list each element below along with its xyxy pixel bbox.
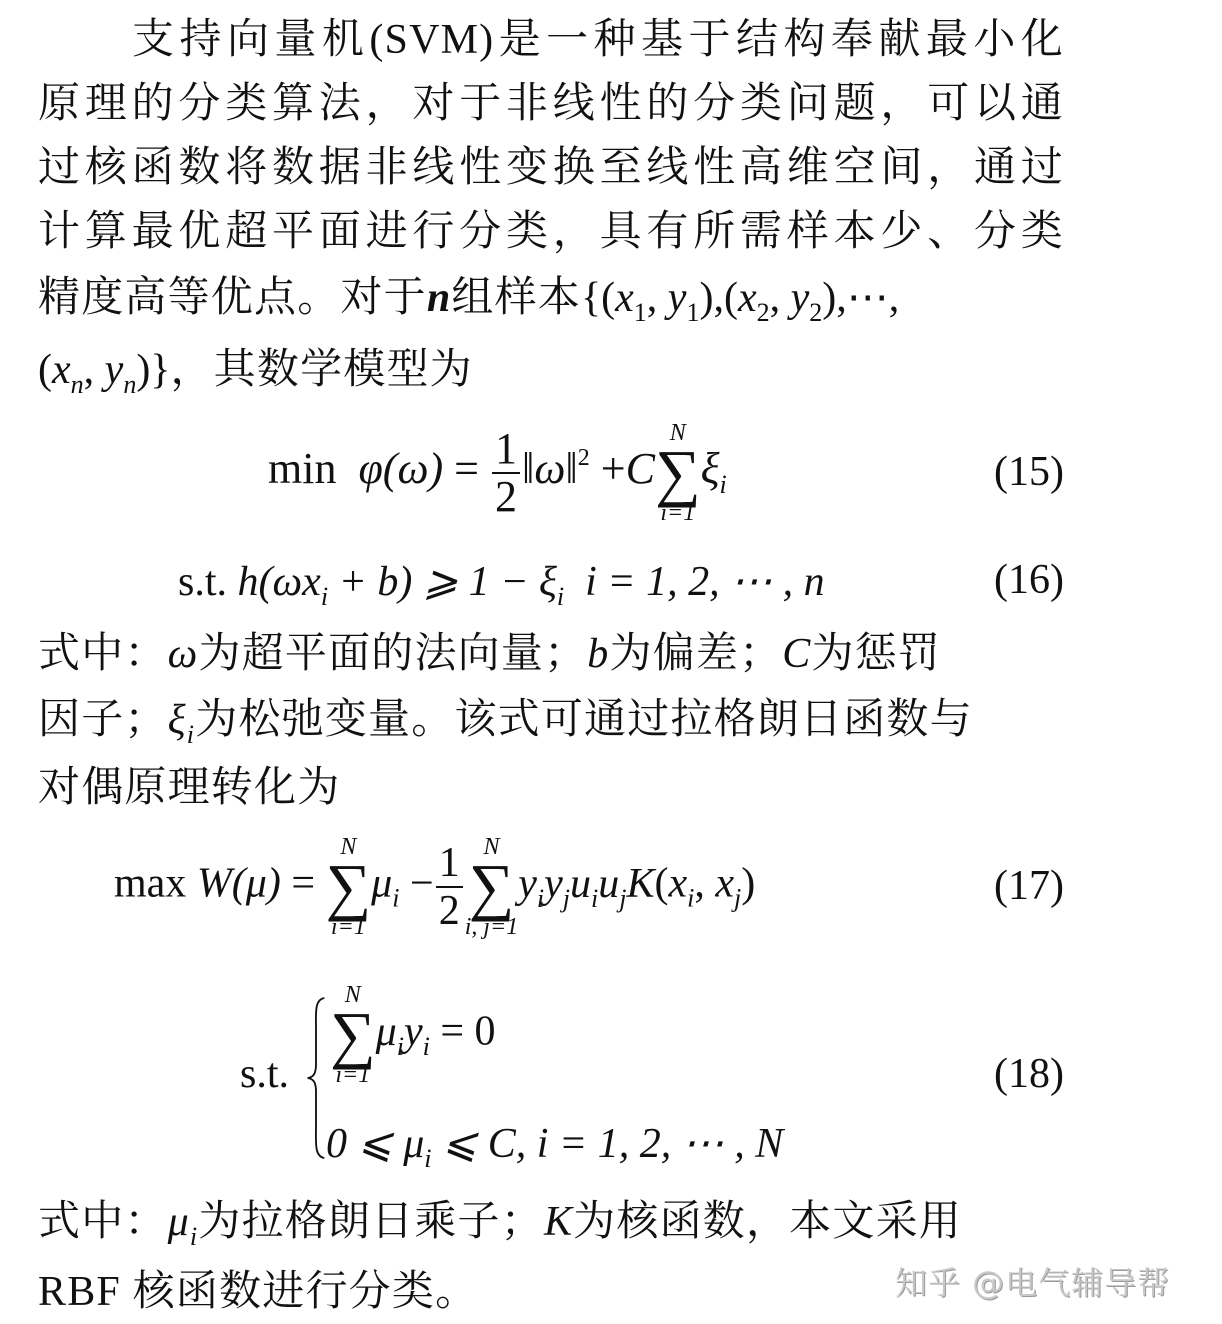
frac-denominator: 2 xyxy=(436,888,463,934)
eq18-row-2: 0 ⩽ μi ⩽ C, i = 1, 2, ⋯ , N xyxy=(326,1118,783,1168)
var-xi: ξ xyxy=(168,697,187,743)
eq15-fraction: 12 xyxy=(492,426,520,520)
equation-number-15: (15) xyxy=(994,448,1064,496)
eq18-row2-tail: ⩽ C, i = 1, 2, ⋯ , N xyxy=(432,1121,784,1167)
var-omega: ω xyxy=(168,631,199,677)
var-C: C xyxy=(782,631,811,677)
paragraph3-line-1: 式中：μi为拉格朗日乘子；K为核函数，本文采用 xyxy=(38,1192,1064,1252)
var-b: b xyxy=(587,631,609,677)
var-K: K xyxy=(544,1199,573,1245)
paragraph2-line-1: 式中：ω为超平面的法向量；b为偏差；C为惩罚 xyxy=(38,624,1064,684)
paragraph-line-3: 过核函数将数据非线性变换至线性高维空间，通过 xyxy=(38,138,1064,198)
var-xi-sub: i xyxy=(187,720,195,749)
watermark: 知乎 @电气辅导帮 xyxy=(895,1258,1170,1304)
eq17-func: W(μ) xyxy=(197,861,281,907)
sum-lower: i=1 xyxy=(330,1062,376,1088)
eq17-term1: μ xyxy=(371,861,392,907)
eq16-h: h xyxy=(238,559,259,605)
eq15-exponent: 2 xyxy=(578,445,590,471)
frac-numerator: 1 xyxy=(436,840,463,888)
eq17-minus: − xyxy=(410,861,434,907)
eq15-norm: ‖ω‖ xyxy=(522,444,578,493)
sum-lower: i, j=1 xyxy=(465,914,519,940)
text-segment: 为超平面的法向量； xyxy=(198,631,587,677)
equation-17: max W(μ) = N∑i=1μi −12N∑i, j=1yiyjuiujK(… xyxy=(114,834,755,940)
paragraph-line-1: 支持向量机(SVM)是一种基于结构奉献最小化 xyxy=(38,10,1064,70)
text-segment: 为偏差； xyxy=(609,631,782,677)
sum-lower: i=1 xyxy=(326,914,372,940)
summation-icon: N∑i=1 xyxy=(655,420,701,526)
eq16-range: i = 1, 2, ⋯ , n xyxy=(585,559,825,605)
eq15-plus: + xyxy=(601,444,626,493)
eq15-coef: C xyxy=(626,444,655,493)
paragraph-line-4: 计算最优超平面进行分类，具有所需样本少、分类 xyxy=(38,202,1064,262)
text-segment: 为松弛变量。该式可通过拉格朗日函数与 xyxy=(195,697,973,743)
eq18-row-1: N∑i=1μiyi = 0 xyxy=(330,982,496,1088)
equation-15: min φ(ω) = 12‖ω‖2 +CN∑i=1ξi xyxy=(268,420,727,526)
eq15-lhs: min xyxy=(268,444,336,493)
eq16-prefix: s.t. xyxy=(178,559,227,605)
text-segment: 因子； xyxy=(38,697,168,743)
eq15-equals: = xyxy=(454,444,479,493)
var-n: n xyxy=(427,275,452,321)
eq15-func: φ(ω) xyxy=(358,444,443,493)
summation-icon: N∑i=1 xyxy=(326,834,372,940)
eq17-lhs: max xyxy=(114,861,186,907)
var-mu: μ xyxy=(168,1199,190,1245)
eq17-equals: = xyxy=(291,861,315,907)
eq16-close: + b) ⩾ 1 − ξ xyxy=(328,559,557,605)
eq16-xi-sub: i xyxy=(557,582,564,611)
eq18-row1-term: μiyi xyxy=(376,1009,430,1055)
paragraph-line-6: (xn, yn)}，其数学模型为 xyxy=(38,340,1064,400)
frac-denominator: 2 xyxy=(492,474,520,520)
text-segment: 为核函数，本文采用 xyxy=(573,1199,962,1245)
text-segment: 为惩罚 xyxy=(812,631,942,677)
text-segment: 组样本 xyxy=(451,275,581,321)
eq15-term-sub: i xyxy=(719,470,726,499)
sample-set-tail: (xn, yn)} xyxy=(38,347,170,393)
left-brace-icon xyxy=(306,980,326,1176)
eq18-row2-sub: i xyxy=(424,1144,431,1173)
eq17-product: yiyjuiujK xyxy=(518,861,654,907)
eq17-fraction: 12 xyxy=(436,840,463,934)
eq18-row2-head: 0 ⩽ μ xyxy=(326,1121,424,1167)
frac-numerator: 1 xyxy=(492,426,520,474)
paragraph2-line-3: 对偶原理转化为 xyxy=(38,758,1064,818)
eq16-open: (ωx xyxy=(259,559,321,605)
text-segment: 为拉格朗日乘子； xyxy=(198,1199,544,1245)
sample-set-expression: {(x1, y1),(x2, y2),⋯, xyxy=(581,275,899,321)
summation-icon: N∑i=1 xyxy=(330,982,376,1088)
text-segment: 式中： xyxy=(38,631,168,677)
eq18-row1-rhs: = 0 xyxy=(440,1009,495,1055)
sum-lower: i=1 xyxy=(655,500,701,526)
equation-16: s.t. h(ωxi + b) ⩾ 1 − ξi i = 1, 2, ⋯ , n xyxy=(178,556,825,606)
equation-number-18: (18) xyxy=(994,1050,1064,1098)
eq16-sub: i xyxy=(321,582,328,611)
paragraph2-line-2: 因子；ξi为松弛变量。该式可通过拉格朗日函数与 xyxy=(38,690,1064,750)
paragraph-line-5: 精度高等优点。对于n组样本{(x1, y1),(x2, y2),⋯, xyxy=(38,268,1064,328)
text-segment: 精度高等优点。对于 xyxy=(38,275,427,321)
eq17-term1-sub: i xyxy=(392,884,399,913)
eq15-term: ξ xyxy=(701,444,720,493)
eq18-prefix: s.t. xyxy=(240,1050,289,1098)
summation-icon: N∑i, j=1 xyxy=(465,834,519,940)
equation-number-16: (16) xyxy=(994,556,1064,604)
text-segment: ，其数学模型为 xyxy=(170,347,472,393)
equation-number-17: (17) xyxy=(994,862,1064,910)
text-segment: 式中： xyxy=(38,1199,168,1245)
paragraph-line-2: 原理的分类算法，对于非线性的分类问题，可以通 xyxy=(38,74,1064,134)
